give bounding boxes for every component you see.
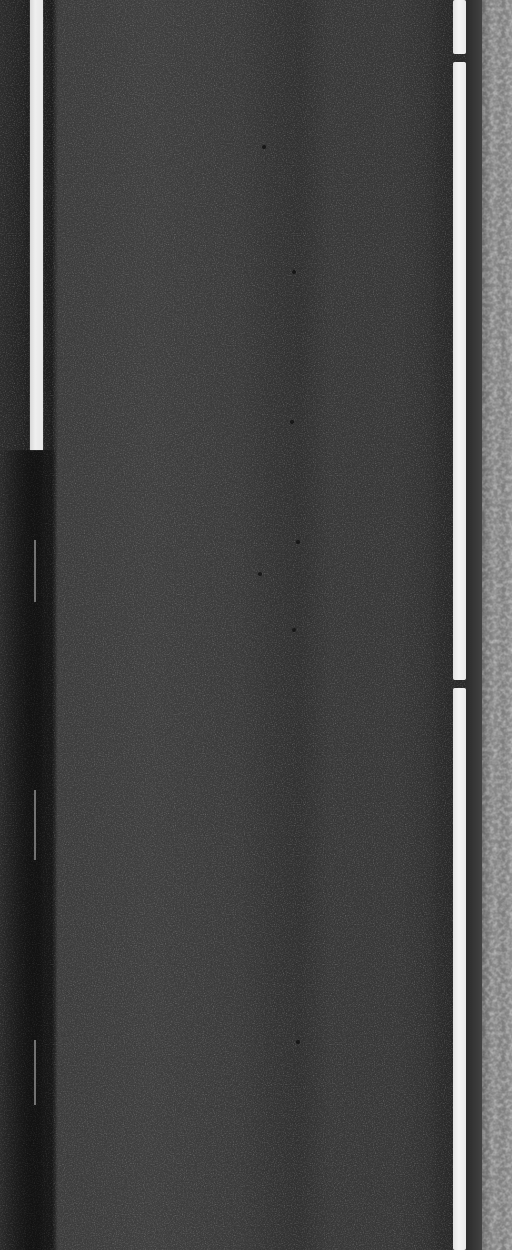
right-lane-line-segment (453, 688, 466, 1250)
asphalt-spot (258, 572, 262, 576)
left-worn-mark (34, 790, 36, 860)
asphalt-spot (296, 540, 300, 544)
left-shoulder-shading (0, 450, 56, 1250)
left-worn-mark (34, 1040, 36, 1105)
asphalt-spot (290, 420, 294, 424)
asphalt-spot (292, 628, 296, 632)
right-lane-line-segment (453, 0, 466, 54)
asphalt-dark-grain (0, 0, 512, 1250)
left-edge-line (30, 0, 43, 450)
shoulder-texture (482, 0, 512, 1250)
right-lane-line-segment (453, 62, 466, 680)
left-worn-mark (34, 540, 36, 602)
asphalt-spot (262, 145, 266, 149)
asphalt-spot (292, 270, 296, 274)
road-aerial-photo: Top-down aerial photograph of an asphalt… (0, 0, 512, 1250)
asphalt-spot (296, 1040, 300, 1044)
